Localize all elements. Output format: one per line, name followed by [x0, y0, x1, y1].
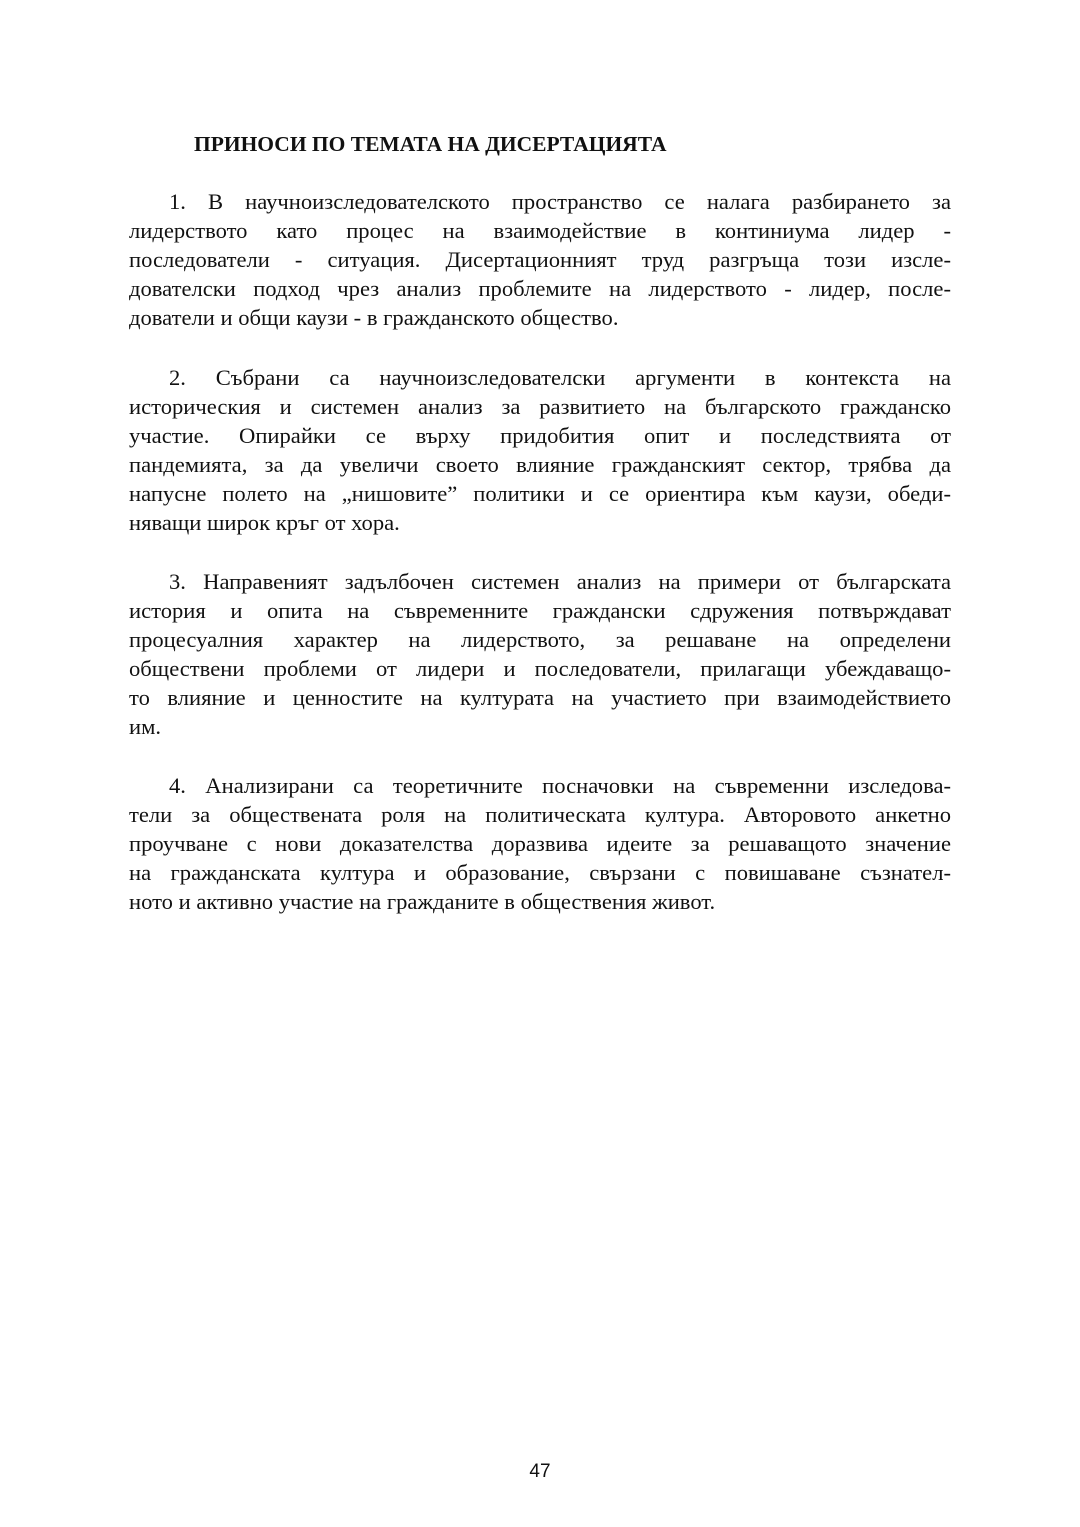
paragraph-line: им.: [129, 712, 951, 741]
contribution-paragraph-2: 2. Събрани са научноизследователски аргу…: [129, 363, 951, 537]
paragraph-line: 3. Направеният задълбочен системен анали…: [129, 567, 951, 596]
paragraph-line: последователи - ситуация. Дисертационния…: [129, 245, 951, 274]
paragraph-line: пандемията, за да увеличи своето влияние…: [129, 450, 951, 479]
contribution-paragraph-4: 4. Анализирани са теоретичните посначовк…: [129, 771, 951, 916]
paragraph-line: процесуалния характер на лидерството, за…: [129, 625, 951, 654]
paragraph-line: участие. Опирайки се върху придобития оп…: [129, 421, 951, 450]
paragraph-line: то влияние и ценностите на културата на …: [129, 683, 951, 712]
paragraph-line: история и опита на съвременните гражданс…: [129, 596, 951, 625]
page-number: 47: [0, 1460, 1080, 1484]
paragraph-line: на гражданската култура и образование, с…: [129, 858, 951, 887]
paragraph-line: историческия и системен анализ за развит…: [129, 392, 951, 421]
paragraph-line: дователи и общи каузи - в гражданското о…: [129, 303, 951, 332]
paragraph-line: напусне полето на „нишовите” политики и …: [129, 479, 951, 508]
paragraph-line: обществени проблеми от лидери и последов…: [129, 654, 951, 683]
paragraph-line: проучване с нови доказателства доразвива…: [129, 829, 951, 858]
contribution-paragraph-1: 1. В научноизследователското пространств…: [129, 187, 951, 332]
paragraph-line: ното и активно участие на гражданите в о…: [129, 887, 951, 916]
paragraph-line: няващи широк кръг от хора.: [129, 508, 951, 537]
paragraph-line: 1. В научноизследователското пространств…: [129, 187, 951, 216]
paragraph-line: дователски подход чрез анализ проблемите…: [129, 274, 951, 303]
paragraph-line: лидерството като процес на взаимодействи…: [129, 216, 951, 245]
contribution-paragraph-3: 3. Направеният задълбочен системен анали…: [129, 567, 951, 741]
document-page: ПРИНОСИ ПО ТЕМАТА НА ДИСЕРТАЦИЯТА 1. В н…: [0, 0, 1080, 1527]
section-title: ПРИНОСИ ПО ТЕМАТА НА ДИСЕРТАЦИЯТА: [194, 130, 667, 158]
paragraph-line: тели за обществената роля на политическа…: [129, 800, 951, 829]
paragraph-line: 4. Анализирани са теоретичните посначовк…: [129, 771, 951, 800]
paragraph-line: 2. Събрани са научноизследователски аргу…: [129, 363, 951, 392]
